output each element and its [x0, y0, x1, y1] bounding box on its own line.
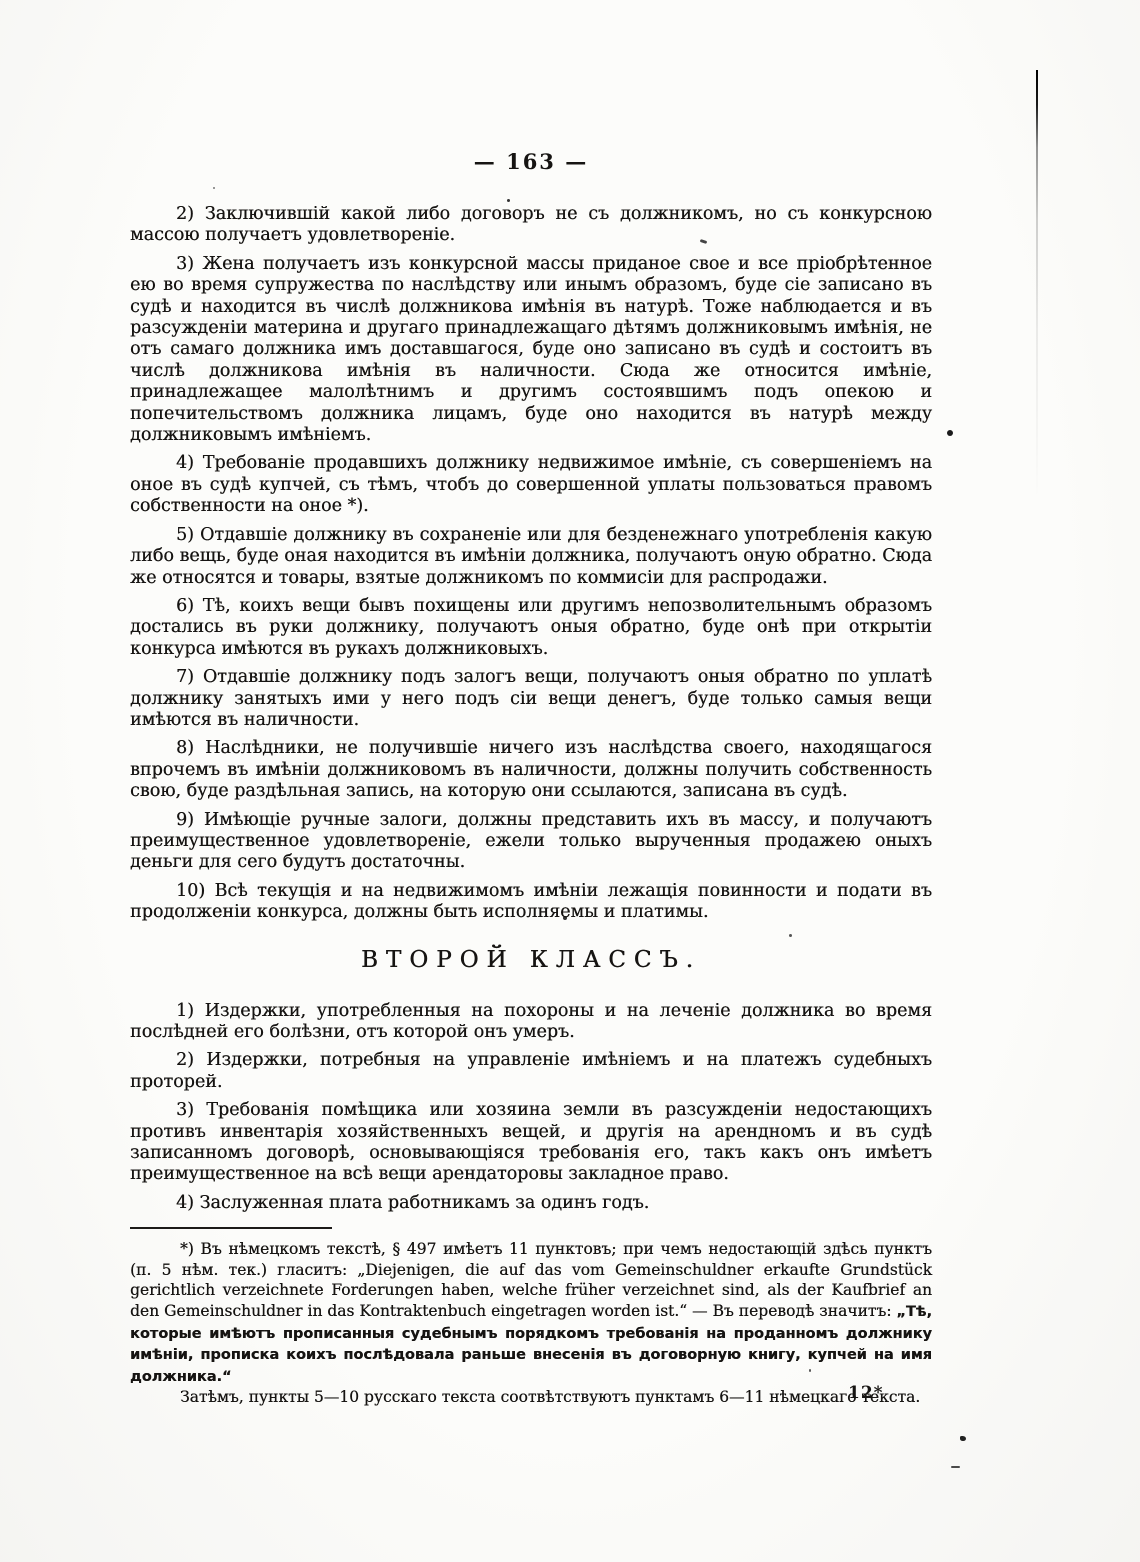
second-class-paragraph-2: 2) Издержки, потребныя на управленіе имѣ… [130, 1050, 932, 1093]
first-class-paragraph-9: 9) Имѣющіе ручные залоги, должны предста… [130, 810, 932, 874]
scan-artifact-speck [951, 1466, 960, 1468]
second-class-heading: ВТОРОЙ КЛАССЪ. [130, 946, 932, 974]
first-class-paragraph-4: 4) Требованіе продавшихъ должнику недвиж… [130, 453, 932, 517]
first-class-paragraph-6: 6) Тѣ, коихъ вещи бывъ похищены или друг… [130, 596, 932, 660]
page-number: — 163 — [130, 150, 932, 174]
first-class-paragraph-10: 10) Всѣ текущія и на недвижимомъ имѣніи … [130, 881, 932, 924]
second-class-paragraph-4: 4) Заслуженная плата работникамъ за один… [130, 1193, 932, 1214]
second-class-paragraph-3: 3) Требованія помѣщика или хозяина земли… [130, 1100, 932, 1186]
first-class-paragraph-3: 3) Жена получаетъ изъ конкурсной массы п… [130, 254, 932, 447]
book-page: — 163 — 2) Заключившій какой либо догово… [0, 0, 1140, 1562]
first-class-paragraph-5: 5) Отдавшіе должнику въ сохраненіе или д… [130, 525, 932, 589]
scan-artifact-vertical-line [1036, 70, 1038, 500]
first-class-paragraph-8: 8) Наслѣдники, не получившіе ничего изъ … [130, 738, 932, 802]
footnote-separator-rule [130, 1227, 332, 1229]
first-class-paragraph-2: 2) Заключившій какой либо договоръ не съ… [130, 204, 932, 247]
footnote-note: *) Въ нѣмецкомъ текстѣ, § 497 имѣетъ 11 … [130, 1239, 932, 1387]
footnote-note-serif-part: *) Въ нѣмецкомъ текстѣ, § 497 имѣетъ 11 … [130, 1240, 932, 1320]
signature-mark: 12* [848, 1383, 884, 1403]
footnote-addendum: Затѣмъ, пункты 5—10 русскаго текста соот… [130, 1387, 932, 1408]
second-class-paragraph-1: 1) Издержки, употребленныя на похороны и… [130, 1001, 932, 1044]
first-class-paragraph-7: 7) Отдавшіе должнику подъ залогъ вещи, п… [130, 667, 932, 731]
text-block: — 163 — 2) Заключившій какой либо догово… [130, 150, 932, 1408]
scan-artifact-speck [960, 1436, 966, 1441]
scan-artifact-margin-dot [947, 430, 953, 436]
footnote: *) Въ нѣмецкомъ текстѣ, § 497 имѣетъ 11 … [130, 1239, 932, 1408]
